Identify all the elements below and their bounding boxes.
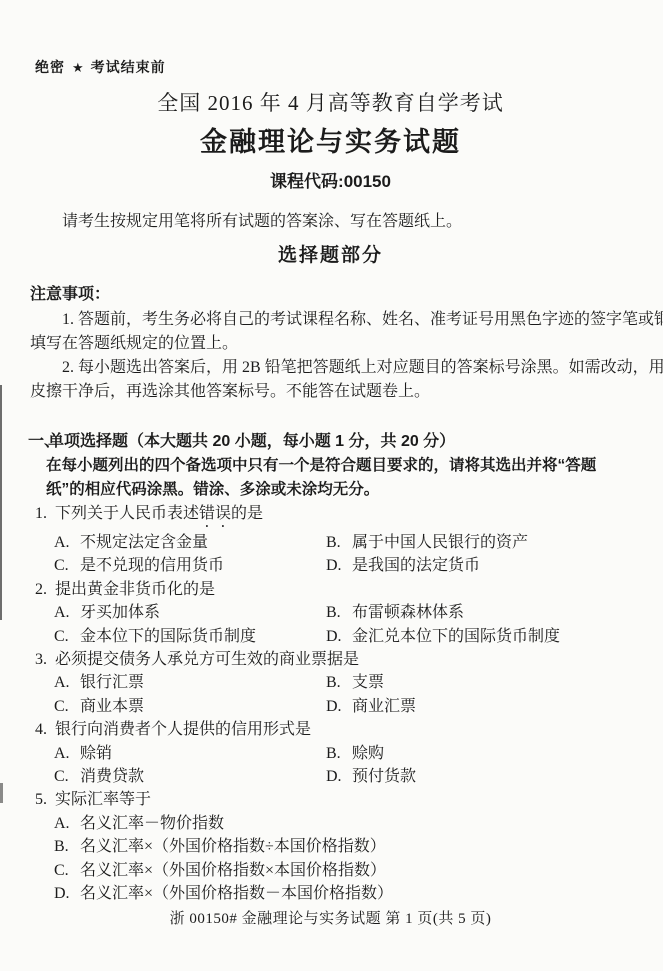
question-1-stem-pre: 下列关于人民币表述 bbox=[55, 505, 199, 522]
question-3-options: A.银行汇票 B.支票 C.商业本票 D.商业汇票 bbox=[54, 671, 631, 718]
question-4: 4. 银行向消费者个人提供的信用形式是 bbox=[30, 718, 631, 741]
secrecy-label: 绝密 bbox=[35, 59, 65, 75]
option-5-A-text: 名义汇率－物价指数 bbox=[80, 815, 224, 832]
question-5-stem: 实际汇率等于 bbox=[55, 788, 151, 811]
mcq-note-line-2: 纸”的相应代码涂黑。错涂、多涂或未涂均无分。 bbox=[46, 478, 631, 502]
option-2-D-text: 金汇兑本位下的国际货币制度 bbox=[352, 628, 560, 645]
secrecy-suffix: 考试结束前 bbox=[91, 59, 166, 75]
option-4-B-text: 赊购 bbox=[352, 745, 384, 762]
option-2-C-label: C. bbox=[54, 625, 80, 648]
question-2-number: 2. bbox=[35, 578, 55, 601]
option-4-C-label: C. bbox=[54, 765, 80, 788]
option-4-A-text: 赊销 bbox=[80, 745, 112, 762]
exam-paper-page: 绝密★考试结束前 全国 2016 年 4 月高等教育自学考试 金融理论与实务试题… bbox=[0, 0, 663, 971]
option-2-A-label: A. bbox=[54, 601, 80, 624]
course-code: 课程代码:00150 bbox=[30, 167, 631, 192]
option-2-C: C.金本位下的国际货币制度 bbox=[54, 625, 326, 648]
option-2-A: A.牙买加体系 bbox=[54, 601, 326, 624]
option-1-D-label: D. bbox=[326, 554, 352, 577]
paper-title: 金融理论与实务试题 bbox=[30, 120, 631, 159]
option-1-D-text: 是我国的法定货币 bbox=[352, 557, 480, 574]
option-4-C-text: 消费贷款 bbox=[80, 768, 144, 785]
mcq-section-title: 单项选择题（本大题共 20 小题，每小题 1 分，共 20 分） bbox=[48, 430, 455, 454]
option-1-A-label: A. bbox=[54, 531, 80, 554]
option-1-B: B.属于中国人民银行的资产 bbox=[326, 531, 631, 554]
question-1-number: 1. bbox=[35, 502, 55, 531]
option-5-D-label: D. bbox=[54, 882, 80, 905]
question-1-stem: 下列关于人民币表述错误的是 bbox=[55, 502, 263, 531]
notice-list: 1. 答题前，考生务必将自己的考试课程名称、姓名、准考证号用黑色字迹的签字笔或钢… bbox=[30, 308, 631, 404]
question-3: 3. 必须提交债务人承兑方可生效的商业票据是 bbox=[30, 648, 631, 671]
question-1-stem-emphasis: 错误 bbox=[199, 505, 231, 522]
option-4-B: B.赊购 bbox=[326, 742, 631, 765]
option-1-D: D.是我国的法定货币 bbox=[326, 554, 631, 577]
question-1-stem-post: 的是 bbox=[231, 505, 263, 522]
option-4-C: C.消费贷款 bbox=[54, 765, 326, 788]
question-2: 2. 提出黄金非货币化的是 bbox=[30, 578, 631, 601]
option-5-B-text: 名义汇率×（外国价格指数÷本国价格指数） bbox=[80, 838, 386, 855]
option-2-C-text: 金本位下的国际货币制度 bbox=[80, 628, 256, 645]
notice-item-2-line-2: 皮擦干净后，再选涂其他答案标号。不能答在试题卷上。 bbox=[30, 380, 631, 404]
option-3-B-label: B. bbox=[326, 671, 352, 694]
option-5-A-label: A. bbox=[54, 812, 80, 835]
option-3-C: C.商业本票 bbox=[54, 695, 326, 718]
mcq-note-line-1: 在每小题列出的四个备选项中只有一个是符合题目要求的，请将其选出并将“答题 bbox=[46, 454, 631, 478]
option-3-D-label: D. bbox=[326, 695, 352, 718]
section-part-title: 选择题部分 bbox=[30, 240, 631, 267]
notice-item-1-line-1: 1. 答题前，考生务必将自己的考试课程名称、姓名、准考证号用黑色字迹的签字笔或钢… bbox=[30, 308, 631, 332]
secrecy-banner: 绝密★考试结束前 bbox=[35, 57, 631, 77]
option-4-D-label: D. bbox=[326, 765, 352, 788]
option-2-B-label: B. bbox=[326, 601, 352, 624]
question-1: 1. 下列关于人民币表述错误的是 bbox=[30, 502, 631, 531]
option-5-C-label: C. bbox=[54, 859, 80, 882]
option-3-C-label: C. bbox=[54, 695, 80, 718]
question-list: 1. 下列关于人民币表述错误的是 A.不规定法定含金量 B.属于中国人民银行的资… bbox=[30, 502, 631, 906]
option-4-A-label: A. bbox=[54, 742, 80, 765]
notice-title: 注意事项： bbox=[30, 281, 631, 304]
option-2-A-text: 牙买加体系 bbox=[80, 604, 160, 621]
option-1-A-text: 不规定法定含金量 bbox=[80, 534, 208, 551]
option-3-B: B.支票 bbox=[326, 671, 631, 694]
option-3-B-text: 支票 bbox=[352, 674, 384, 691]
option-4-A: A.赊销 bbox=[54, 742, 326, 765]
option-1-B-text: 属于中国人民银行的资产 bbox=[352, 534, 528, 551]
question-5-number: 5. bbox=[35, 788, 55, 811]
option-1-C-label: C. bbox=[54, 554, 80, 577]
option-1-C: C.是不兑现的信用货币 bbox=[54, 554, 326, 577]
question-4-stem: 银行向消费者个人提供的信用形式是 bbox=[55, 718, 311, 741]
option-5-B: B.名义汇率×（外国价格指数÷本国价格指数） bbox=[54, 835, 631, 858]
option-3-D: D.商业汇票 bbox=[326, 695, 631, 718]
option-5-C-text: 名义汇率×（外国价格指数×本国价格指数） bbox=[80, 862, 386, 879]
option-3-C-text: 商业本票 bbox=[80, 698, 144, 715]
option-4-B-label: B. bbox=[326, 742, 352, 765]
question-4-options: A.赊销 B.赊购 C.消费贷款 D.预付货款 bbox=[54, 742, 631, 789]
option-5-B-label: B. bbox=[54, 835, 80, 858]
option-3-A-text: 银行汇票 bbox=[80, 674, 144, 691]
scan-artifact bbox=[0, 385, 2, 620]
scan-artifact bbox=[0, 783, 3, 803]
question-5-options: A.名义汇率－物价指数 B.名义汇率×（外国价格指数÷本国价格指数） C.名义汇… bbox=[54, 812, 631, 906]
option-1-C-text: 是不兑现的信用货币 bbox=[80, 557, 224, 574]
option-2-D: D.金汇兑本位下的国际货币制度 bbox=[326, 625, 631, 648]
option-5-D: D.名义汇率×（外国价格指数－本国价格指数） bbox=[54, 882, 631, 905]
option-4-D-text: 预付货款 bbox=[352, 768, 416, 785]
notice-item-1-line-2: 填写在答题纸规定的位置上。 bbox=[30, 332, 631, 356]
option-5-D-text: 名义汇率×（外国价格指数－本国价格指数） bbox=[80, 885, 393, 902]
answer-sheet-instruction: 请考生按规定用笔将所有试题的答案涂、写在答题纸上。 bbox=[30, 208, 631, 231]
exam-title: 全国 2016 年 4 月高等教育自学考试 bbox=[30, 87, 631, 117]
question-1-options: A.不规定法定含金量 B.属于中国人民银行的资产 C.是不兑现的信用货币 D.是… bbox=[54, 531, 631, 578]
option-3-A-label: A. bbox=[54, 671, 80, 694]
option-1-A: A.不规定法定含金量 bbox=[54, 531, 326, 554]
question-4-number: 4. bbox=[35, 718, 55, 741]
notice-item-2-line-1: 2. 每小题选出答案后，用 2B 铅笔把答题纸上对应题目的答案标号涂黑。如需改动… bbox=[30, 356, 631, 380]
question-3-stem: 必须提交债务人承兑方可生效的商业票据是 bbox=[55, 648, 359, 671]
option-2-D-label: D. bbox=[326, 625, 352, 648]
question-3-number: 3. bbox=[35, 648, 55, 671]
page-footer: 浙 00150# 金融理论与实务试题 第 1 页(共 5 页) bbox=[30, 907, 631, 928]
option-2-B-text: 布雷顿森林体系 bbox=[352, 604, 464, 621]
option-2-B: B.布雷顿森林体系 bbox=[326, 601, 631, 624]
option-5-A: A.名义汇率－物价指数 bbox=[54, 812, 631, 835]
question-2-options: A.牙买加体系 B.布雷顿森林体系 C.金本位下的国际货币制度 D.金汇兑本位下… bbox=[54, 601, 631, 648]
page-content: 绝密★考试结束前 全国 2016 年 4 月高等教育自学考试 金融理论与实务试题… bbox=[0, 0, 663, 928]
mcq-section-header: 一、 单项选择题（本大题共 20 小题，每小题 1 分，共 20 分） bbox=[30, 430, 631, 454]
question-5: 5. 实际汇率等于 bbox=[30, 788, 631, 811]
star-icon: ★ bbox=[72, 60, 84, 75]
option-3-D-text: 商业汇票 bbox=[352, 698, 416, 715]
option-4-D: D.预付货款 bbox=[326, 765, 631, 788]
option-1-B-label: B. bbox=[326, 531, 352, 554]
option-3-A: A.银行汇票 bbox=[54, 671, 326, 694]
question-2-stem: 提出黄金非货币化的是 bbox=[55, 578, 215, 601]
option-5-C: C.名义汇率×（外国价格指数×本国价格指数） bbox=[54, 859, 631, 882]
